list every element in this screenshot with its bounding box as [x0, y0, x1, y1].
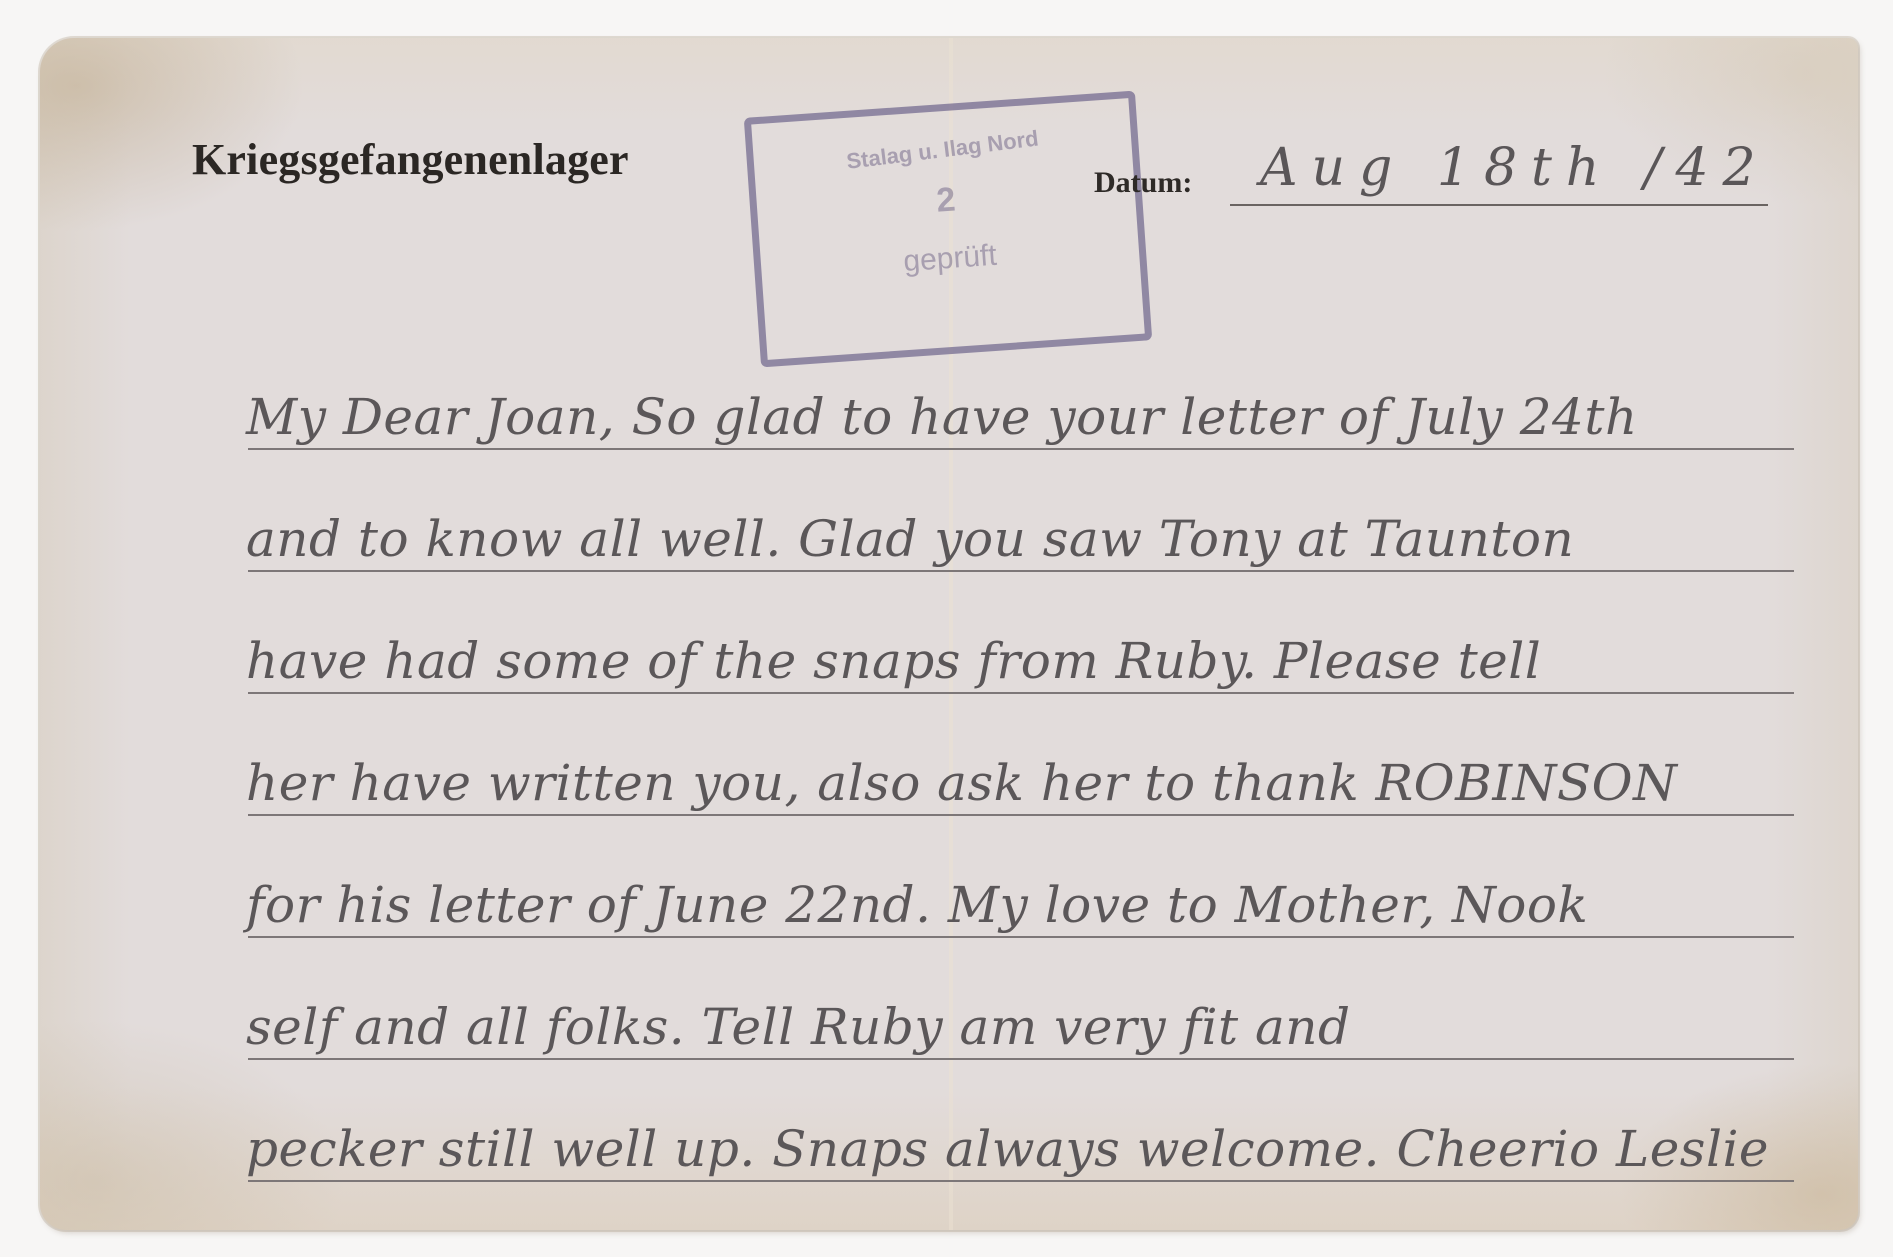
letter-line-text: and to know all well. Glad you saw Tony …: [246, 510, 1574, 568]
letter-line-text: pecker still well up. Snaps always welco…: [246, 1120, 1769, 1178]
letter-rule: [248, 1180, 1794, 1182]
censor-stamp: Stalag u. Ilag Nord 2 geprüft: [744, 91, 1152, 368]
letter-rule: [248, 814, 1794, 816]
letter-line: pecker still well up. Snaps always welco…: [240, 1088, 1840, 1210]
letter-line: and to know all well. Glad you saw Tony …: [240, 478, 1840, 600]
letter-line-text: have had some of the snaps from Ruby. Pl…: [246, 632, 1541, 690]
stamp-checked: geprüft: [760, 229, 1139, 289]
camp-header-title: Kriegsgefangenenlager: [192, 134, 629, 185]
letter-line-text: self and all folks. Tell Ruby am very fi…: [246, 998, 1351, 1056]
letter-rule: [248, 1058, 1794, 1060]
letter-line-text: for his letter of June 22nd. My love to …: [246, 876, 1588, 934]
letter-body: My Dear Joan, So glad to have your lette…: [240, 356, 1840, 1210]
datum-label: Datum:: [1094, 166, 1192, 200]
letter-line-text: her have written you, also ask her to th…: [246, 754, 1677, 812]
letter-rule: [248, 692, 1794, 694]
letter-line: for his letter of June 22nd. My love to …: [240, 844, 1840, 966]
letter-rule: [248, 448, 1794, 450]
letter-line: her have written you, also ask her to th…: [240, 722, 1840, 844]
letter-line: self and all folks. Tell Ruby am very fi…: [240, 966, 1840, 1088]
letter-rule: [248, 936, 1794, 938]
letter-line: have had some of the snaps from Ruby. Pl…: [240, 600, 1840, 722]
letter-rule: [248, 570, 1794, 572]
datum-rule: [1230, 204, 1768, 206]
letter-line-text: My Dear Joan, So glad to have your lette…: [246, 388, 1638, 446]
postcard: Kriegsgefangenenlager Stalag u. Ilag Nor…: [40, 38, 1858, 1230]
datum-value: Aug 18th /42: [1260, 138, 1770, 198]
letter-line: My Dear Joan, So glad to have your lette…: [240, 356, 1840, 478]
